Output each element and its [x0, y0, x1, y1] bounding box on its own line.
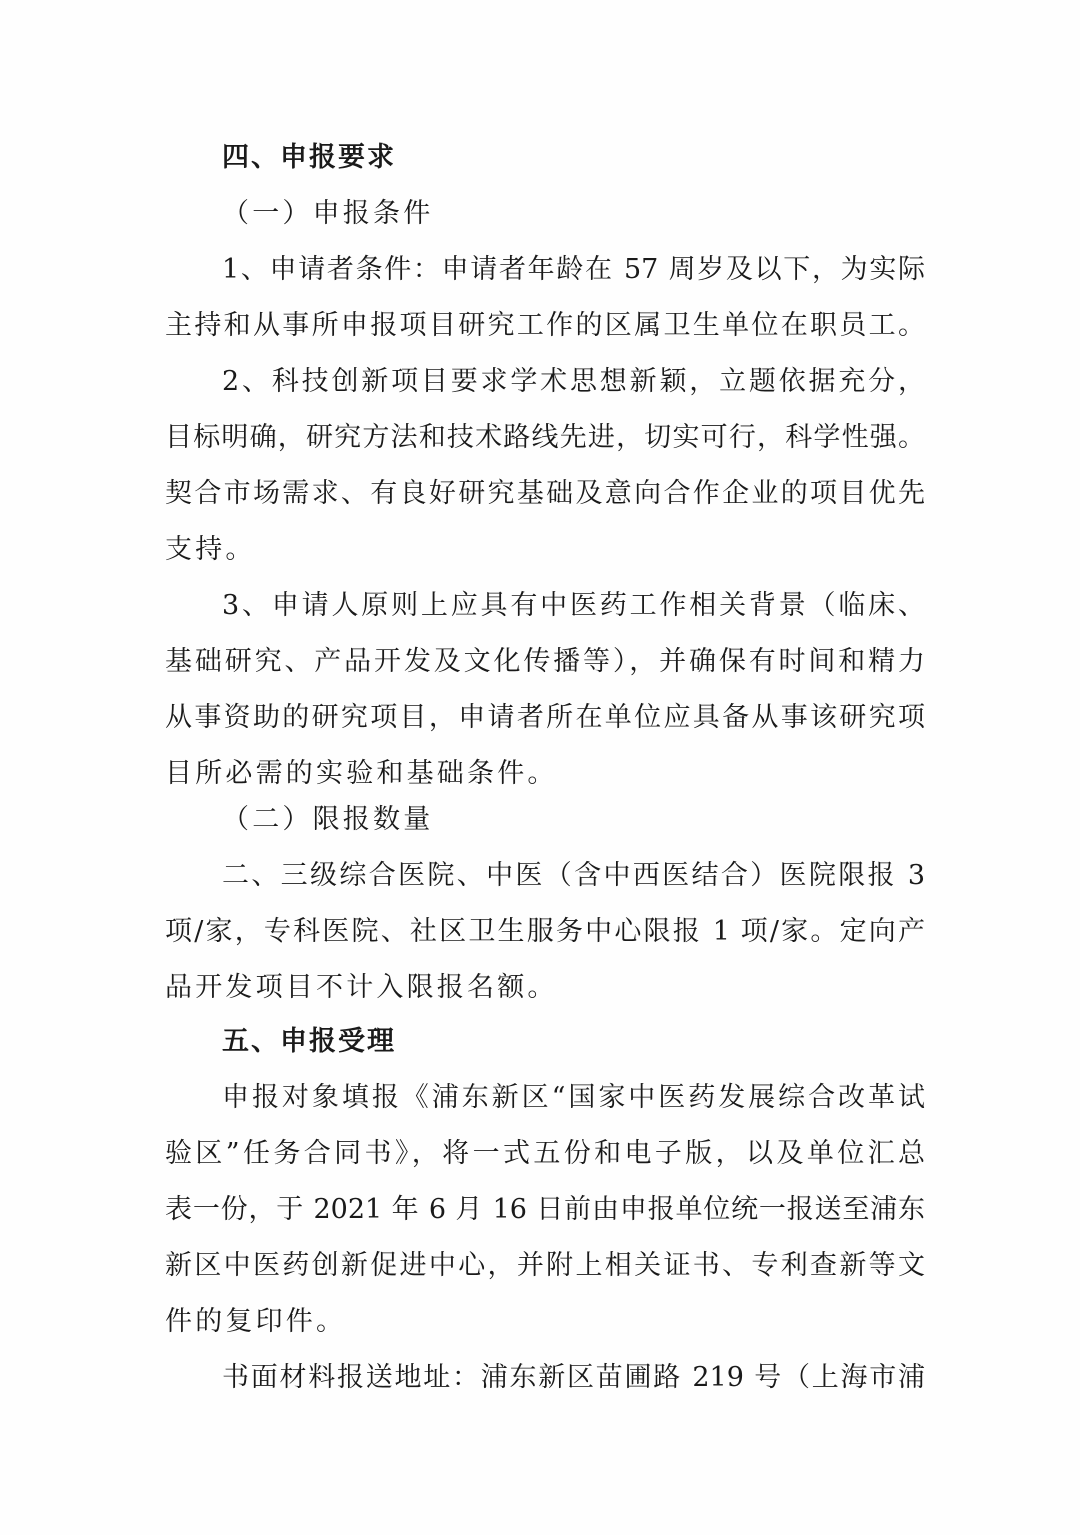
paragraph-line: 目所必需的实验和基础条件。 — [165, 756, 925, 792]
paragraph-line: 2、科技创新项目要求学术思想新颖，立题依据充分， — [222, 364, 925, 400]
paragraph-line: 主持和从事所申报项目研究工作的区属卫生单位在职员工。 — [165, 308, 925, 344]
paragraph-line: 3、申请人原则上应具有中医药工作相关背景（临床、 — [222, 588, 925, 624]
paragraph-line: 新区中医药创新促进中心，并附上相关证书、专利查新等文 — [165, 1248, 925, 1284]
subsection-heading-2: （二）限报数量 — [222, 802, 925, 838]
paragraph-line: 书面材料报送地址：浦东新区苗圃路 219 号（上海市浦 — [222, 1360, 925, 1396]
paragraph-line: 基础研究、产品开发及文化传播等），并确保有时间和精力 — [165, 644, 925, 680]
paragraph-line: 验区”任务合同书》，将一式五份和电子版，以及单位汇总 — [165, 1136, 925, 1172]
paragraph-line: 从事资助的研究项目，申请者所在单位应具备从事该研究项 — [165, 700, 925, 736]
paragraph-line: 项/家，专科医院、社区卫生服务中心限报 1 项/家。定向产 — [165, 914, 925, 950]
section-heading-5: 五、申报受理 — [222, 1024, 925, 1060]
paragraph-line: 件的复印件。 — [165, 1304, 925, 1340]
paragraph-line: 二、三级综合医院、中医（含中西医结合）医院限报 3 — [222, 858, 925, 894]
paragraph-line: 目标明确，研究方法和技术路线先进，切实可行，科学性强。 — [165, 420, 925, 456]
paragraph-line: 契合市场需求、有良好研究基础及意向合作企业的项目优先 — [165, 476, 925, 512]
paragraph-line: 品开发项目不计入限报名额。 — [165, 970, 925, 1006]
paragraph-line: 支持。 — [165, 532, 925, 568]
paragraph-line: 申报对象填报《浦东新区“国家中医药发展综合改革试 — [222, 1080, 925, 1116]
document-page: 四、申报要求 （一）申报条件 1、申请者条件：申请者年龄在 57 周岁及以下，为… — [0, 0, 1080, 1535]
paragraph-line: 1、申请者条件：申请者年龄在 57 周岁及以下，为实际 — [222, 252, 925, 288]
section-heading-4: 四、申报要求 — [222, 140, 925, 176]
subsection-heading-1: （一）申报条件 — [222, 196, 925, 232]
paragraph-line: 表一份，于 2021 年 6 月 16 日前由申报单位统一报送至浦东 — [165, 1192, 925, 1228]
